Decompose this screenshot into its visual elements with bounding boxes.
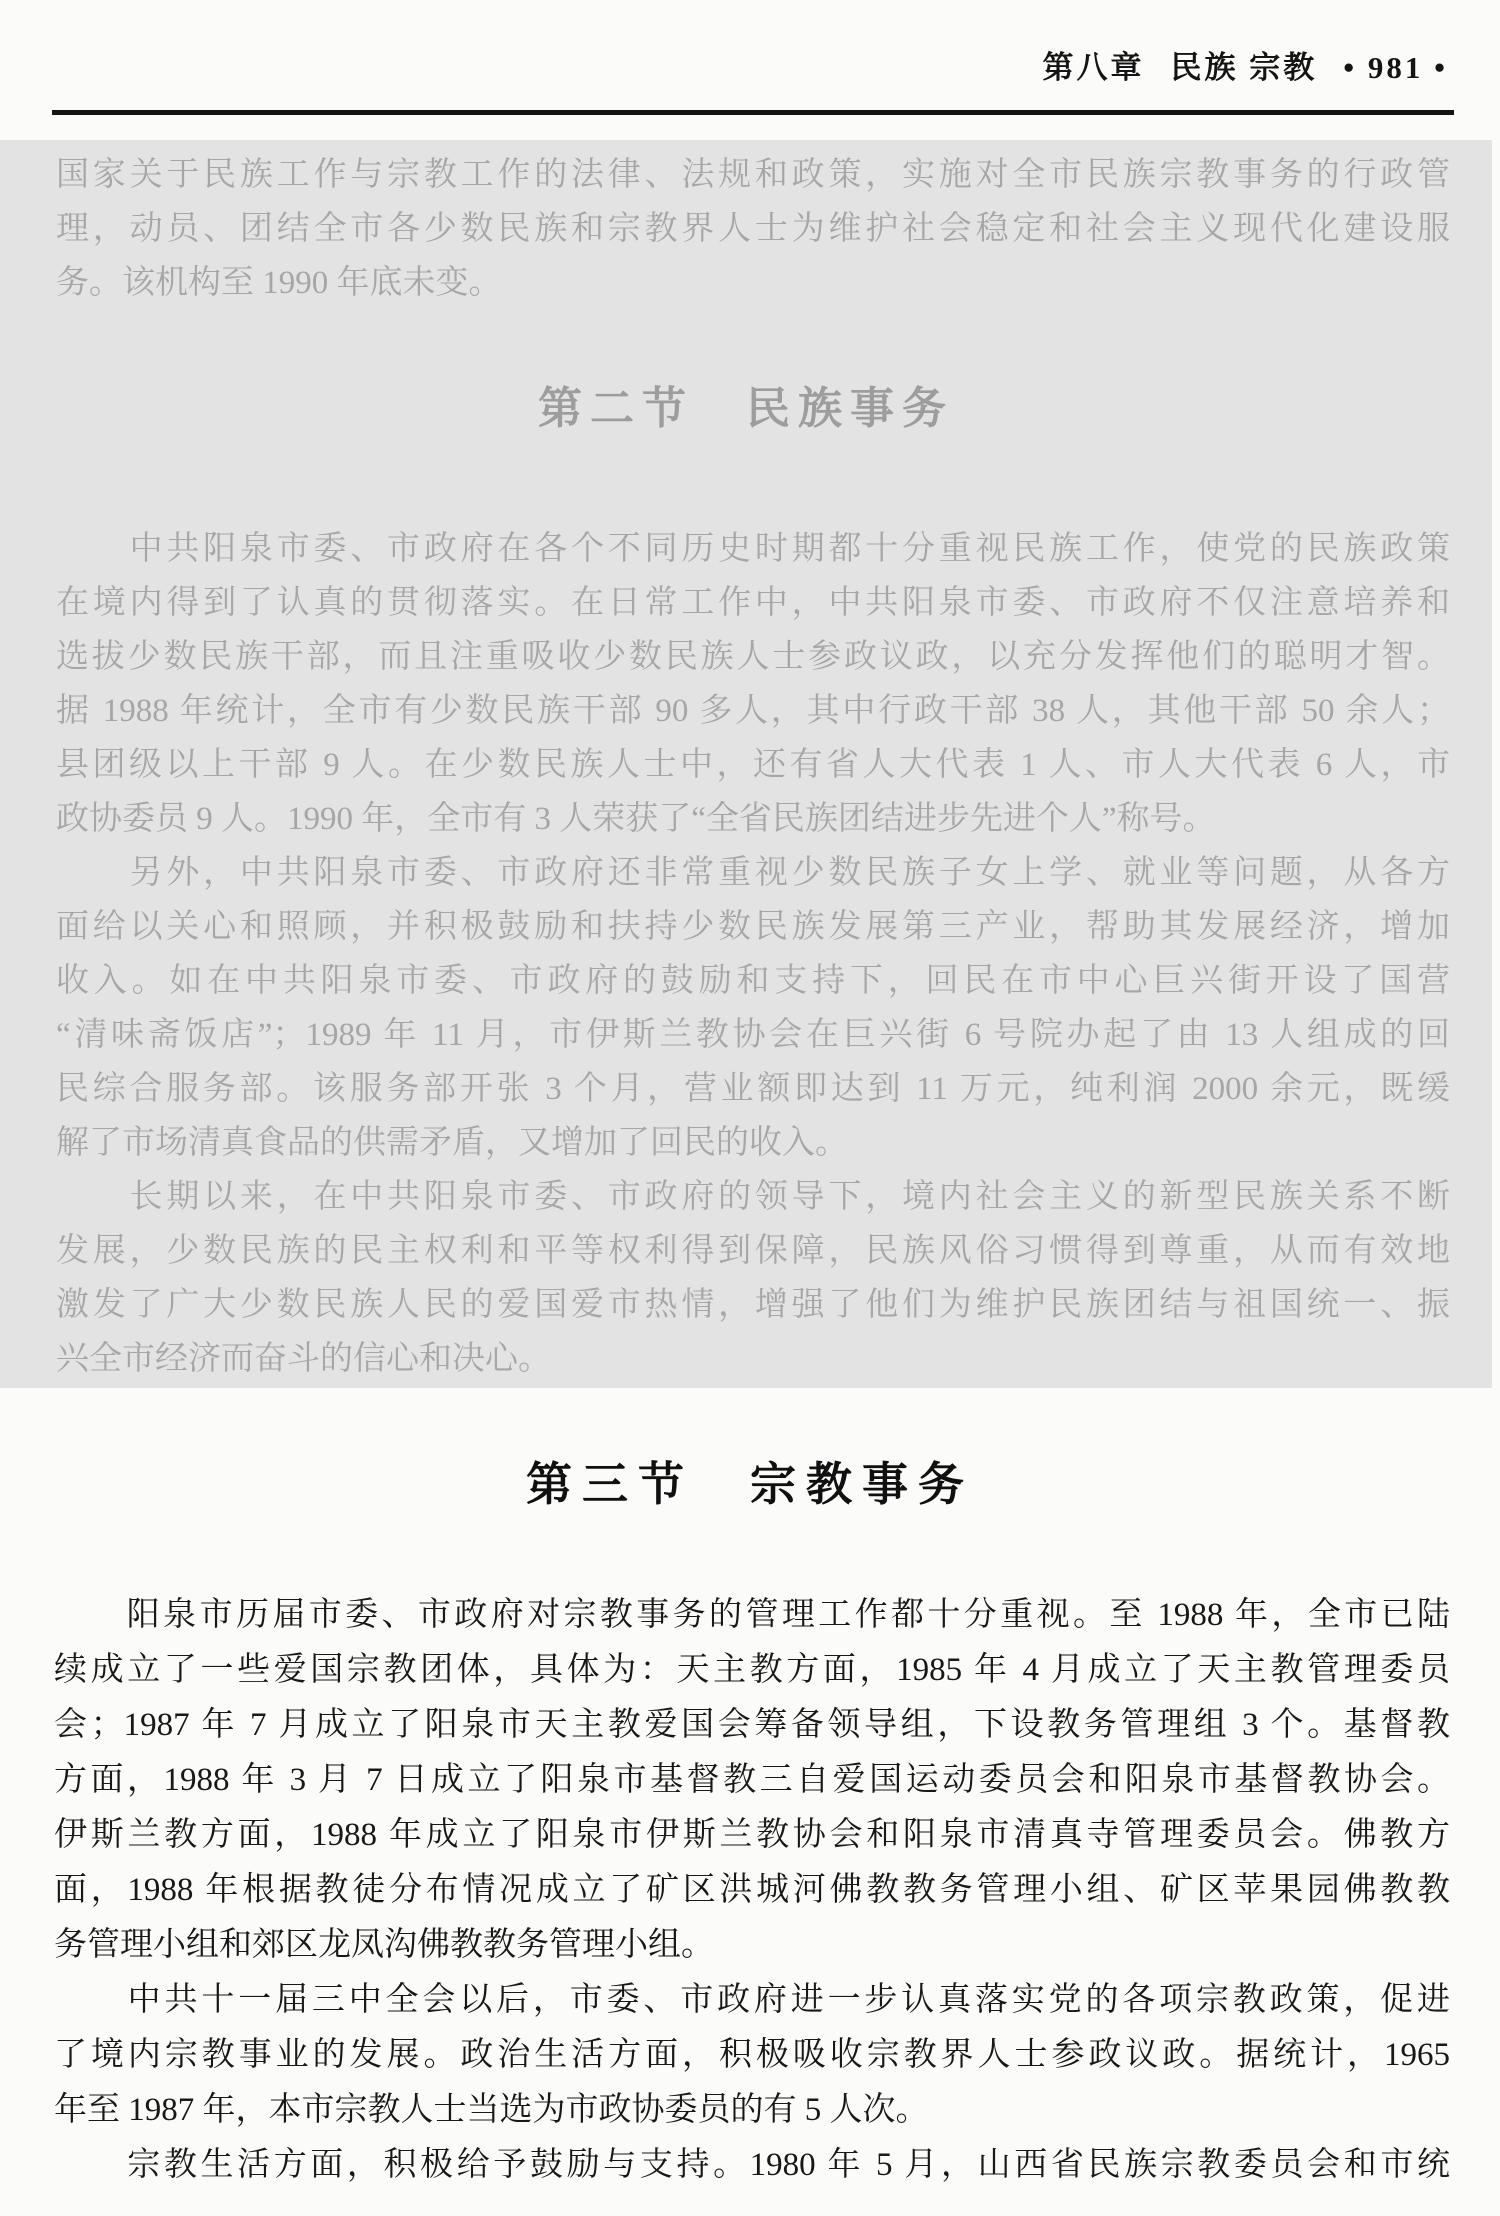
text-line: 宗教生活方面，积极给予鼓励与支持。1980 年 5 月，山西省民族宗教委员会和市… bbox=[54, 2138, 1450, 2193]
text-line: 面，1988 年根据教徒分布情况成立了矿区洪城河佛教教务管理小组、矿区苹果园佛教… bbox=[54, 1863, 1450, 1918]
text-line: 国家关于民族工作与宗教工作的法律、法规和政策，实施对全市民族宗教事务的行政管 bbox=[56, 148, 1450, 202]
text-line: 务管理小组和郊区龙凤沟佛教教务管理小组。 bbox=[54, 1918, 1450, 1973]
text-line: 另外，中共阳泉市委、市政府还非常重视少数民族子女上学、就业等问题，从各方 bbox=[56, 846, 1450, 900]
page-number: • 981 • bbox=[1343, 50, 1448, 85]
text-line: 会；1987 年 7 月成立了阳泉市天主教爱国会筹备领导组，下设教务管理组 3 … bbox=[54, 1698, 1450, 1753]
faded-body-text: 中共阳泉市委、市政府在各个不同历史时期都十分重视民族工作，使党的民族政策在境内得… bbox=[56, 522, 1450, 1386]
paragraph: 阳泉市历届市委、市政府对宗教事务的管理工作都十分重视。至 1988 年，全市已陆… bbox=[54, 1588, 1450, 1973]
paragraph: 长期以来，在中共阳泉市委、市政府的领导下，境内社会主义的新型民族关系不断发展，少… bbox=[56, 1170, 1450, 1386]
text-line: 收入。如在中共阳泉市委、市政府的鼓励和支持下，回民在市中心巨兴街开设了国营 bbox=[56, 954, 1450, 1008]
header-rule bbox=[52, 110, 1454, 115]
text-line: 政协委员 9 人。1990 年，全市有 3 人荣获了“全省民族团结进步先进个人”… bbox=[56, 792, 1450, 846]
paragraph: 中共阳泉市委、市政府在各个不同历史时期都十分重视民族工作，使党的民族政策在境内得… bbox=[56, 522, 1450, 846]
text-line: 面给以关心和照顾，并积极鼓励和扶持少数民族发展第三产业，帮助其发展经济，增加 bbox=[56, 900, 1450, 954]
paragraph: 中共十一届三中全会以后，市委、市政府进一步认真落实党的各项宗教政策，促进了境内宗… bbox=[54, 1973, 1450, 2138]
text-line: 兴全市经济而奋斗的信心和决心。 bbox=[56, 1332, 1450, 1386]
text-line: 方面，1988 年 3 月 7 日成立了阳泉市基督教三自爱国运动委员会和阳泉市基… bbox=[54, 1753, 1450, 1808]
main-body-text: 阳泉市历届市委、市政府对宗教事务的管理工作都十分重视。至 1988 年，全市已陆… bbox=[54, 1588, 1450, 2193]
text-line: 续成立了一些爱国宗教团体，具体为：天主教方面，1985 年 4 月成立了天主教管… bbox=[54, 1643, 1450, 1698]
text-line: 长期以来，在中共阳泉市委、市政府的领导下，境内社会主义的新型民族关系不断 bbox=[56, 1170, 1450, 1224]
text-line: 解了市场清真食品的供需矛盾，又增加了回民的收入。 bbox=[56, 1116, 1450, 1170]
running-head-chapter: 第八章 bbox=[1043, 50, 1145, 85]
section-heading-religious-affairs: 第三节 宗教事务 bbox=[0, 1448, 1500, 1514]
running-head-title: 民族 宗教 bbox=[1171, 50, 1318, 85]
text-line: 发展，少数民族的民主权利和平等权利得到保障，民族风俗习惯得到尊重，从而有效地 bbox=[56, 1224, 1450, 1278]
text-line: 伊斯兰教方面，1988 年成立了阳泉市伊斯兰教协会和阳泉市清真寺管理委员会。佛教… bbox=[54, 1808, 1450, 1863]
running-head: 第八章民族 宗教• 981 • bbox=[1043, 42, 1448, 87]
text-line: 民综合服务部。该服务部开张 3 个月，营业额即达到 11 万元，纯利润 2000… bbox=[56, 1062, 1450, 1116]
paragraph: 宗教生活方面，积极给予鼓励与支持。1980 年 5 月，山西省民族宗教委员会和市… bbox=[54, 2138, 1450, 2193]
text-line: 在境内得到了认真的贯彻落实。在日常工作中，中共阳泉市委、市政府不仅注意培养和 bbox=[56, 576, 1450, 630]
faded-overlay-block: 国家关于民族工作与宗教工作的法律、法规和政策，实施对全市民族宗教事务的行政管理，… bbox=[0, 140, 1492, 1388]
continuation-paragraph: 国家关于民族工作与宗教工作的法律、法规和政策，实施对全市民族宗教事务的行政管理，… bbox=[56, 148, 1450, 310]
text-line: “清味斋饭店”；1989 年 11 月，市伊斯兰教协会在巨兴街 6 号院办起了由… bbox=[56, 1008, 1450, 1062]
section-heading-minority-affairs: 第二节 民族事务 bbox=[0, 372, 1492, 436]
text-line: 年至 1987 年，本市宗教人士当选为市政协委员的有 5 人次。 bbox=[54, 2083, 1450, 2138]
paragraph: 另外，中共阳泉市委、市政府还非常重视少数民族子女上学、就业等问题，从各方面给以关… bbox=[56, 846, 1450, 1170]
scanned-book-page: 第八章民族 宗教• 981 • 国家关于民族工作与宗教工作的法律、法规和政策，实… bbox=[0, 0, 1500, 2216]
paragraph: 国家关于民族工作与宗教工作的法律、法规和政策，实施对全市民族宗教事务的行政管理，… bbox=[56, 148, 1450, 310]
text-line: 中共十一届三中全会以后，市委、市政府进一步认真落实党的各项宗教政策，促进 bbox=[54, 1973, 1450, 2028]
text-line: 务。该机构至 1990 年底未变。 bbox=[56, 256, 1450, 310]
text-line: 理，动员、团结全市各少数民族和宗教界人士为维护社会稳定和社会主义现代化建设服 bbox=[56, 202, 1450, 256]
text-line: 中共阳泉市委、市政府在各个不同历史时期都十分重视民族工作，使党的民族政策 bbox=[56, 522, 1450, 576]
text-line: 了境内宗教事业的发展。政治生活方面，积极吸收宗教界人士参政议政。据统计，1965 bbox=[54, 2028, 1450, 2083]
text-line: 选拔少数民族干部，而且注重吸收少数民族人士参政议政，以充分发挥他们的聪明才智。 bbox=[56, 630, 1450, 684]
text-line: 阳泉市历届市委、市政府对宗教事务的管理工作都十分重视。至 1988 年，全市已陆 bbox=[54, 1588, 1450, 1643]
text-line: 激发了广大少数民族人民的爱国爱市热情，增强了他们为维护民族团结与祖国统一、振 bbox=[56, 1278, 1450, 1332]
text-line: 据 1988 年统计，全市有少数民族干部 90 多人，其中行政干部 38 人，其… bbox=[56, 684, 1450, 738]
text-line: 县团级以上干部 9 人。在少数民族人士中，还有省人大代表 1 人、市人大代表 6… bbox=[56, 738, 1450, 792]
